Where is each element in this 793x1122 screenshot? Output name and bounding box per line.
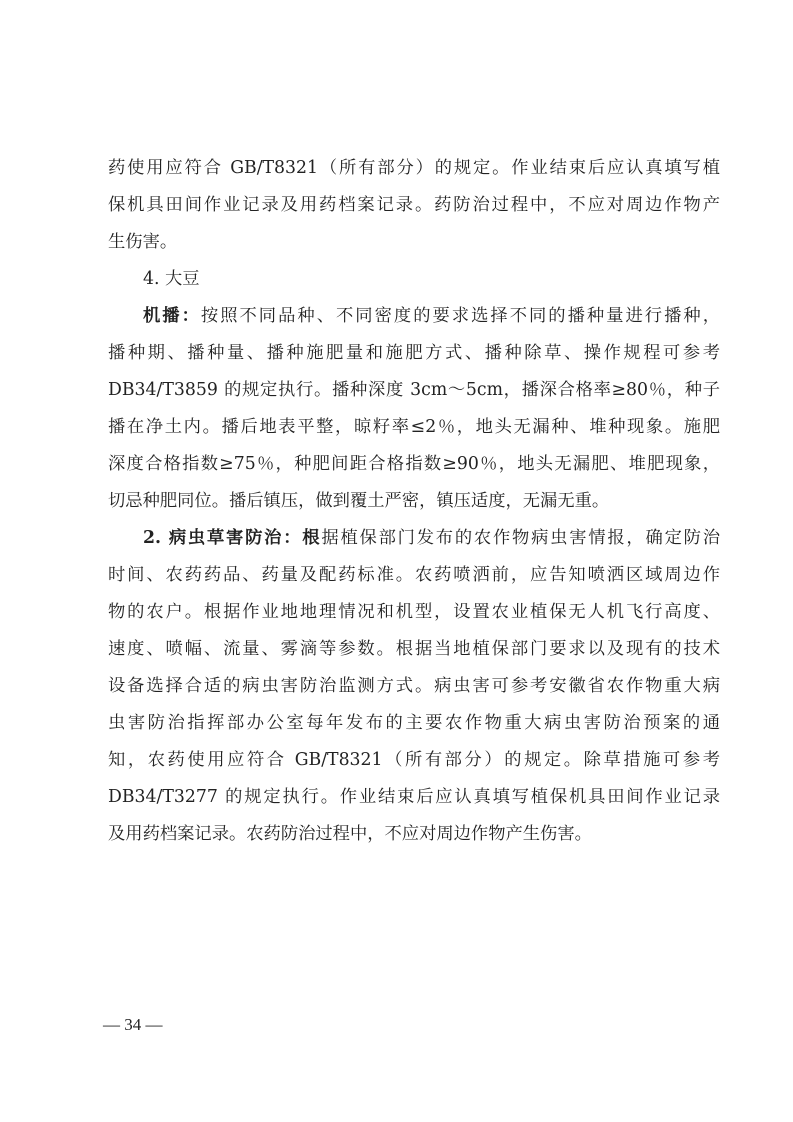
paragraph-line: 播在净土内。播后地表平整，晾籽率≤2％，地头无漏种、堆种现象。施肥: [108, 412, 720, 442]
bold-lead-mechanical-sowing: 机播：: [143, 306, 201, 326]
bold-lead-pest-control: 2. 病虫草害防治：根: [143, 528, 321, 548]
paragraph-line: 设备选择合适的病虫害防治监测方式。病虫害可参考安徽省农作物重大病: [108, 671, 720, 701]
paragraph-line: 物的农户。根据作业地地理情况和机型，设置农业植保无人机飞行高度、: [108, 597, 720, 627]
paragraph-line: 保机具田间作业记录及用药档案记录。药防治过程中，不应对周边作物产: [108, 190, 720, 220]
paragraph-line: 及用药档案记录。农药防治过程中，不应对周边作物产生伤害。: [108, 819, 720, 849]
paragraph-line: 速度、喷幅、流量、雾滴等参数。根据当地植保部门要求以及现有的技术: [108, 634, 720, 664]
line-text: 按照不同品种、不同密度的要求选择不同的播种量进行播种，: [201, 306, 720, 326]
paragraph-line: 生伤害。: [108, 227, 720, 257]
document-page: 药使用应符合 GB/T8321（所有部分）的规定。作业结束后应认真填写植 保机具…: [0, 0, 793, 1122]
line-text: 据植保部门发布的农作物病虫害情报，确定防治: [321, 528, 720, 548]
paragraph-line: 知，农药使用应符合 GB/T8321（所有部分）的规定。除草措施可参考: [108, 745, 720, 775]
paragraph-line: DB34/T3859 的规定执行。播种深度 3cm～5cm，播深合格率≥80％，…: [108, 375, 720, 405]
section-heading-soybean: 4. 大豆: [143, 264, 720, 294]
paragraph-line: 机播：按照不同品种、不同密度的要求选择不同的播种量进行播种，: [143, 301, 720, 331]
paragraph-line: 2. 病虫草害防治：根据植保部门发布的农作物病虫害情报，确定防治: [143, 523, 720, 553]
paragraph-line: 虫害防治指挥部办公室每年发布的主要农作物重大病虫害防治预案的通: [108, 708, 720, 738]
paragraph-line: 深度合格指数≥75％，种肥间距合格指数≥90％，地头无漏肥、堆肥现象，: [108, 449, 720, 479]
paragraph-line: 播种期、播种量、播种施肥量和施肥方式、播种除草、操作规程可参考: [108, 338, 720, 368]
paragraph-line: 时间、农药药品、药量及配药标准。农药喷洒前，应告知喷洒区域周边作: [108, 560, 720, 590]
paragraph-line: 药使用应符合 GB/T8321（所有部分）的规定。作业结束后应认真填写植: [108, 153, 720, 183]
paragraph-line: DB34/T3277 的规定执行。作业结束后应认真填写植保机具田间作业记录: [108, 782, 720, 812]
paragraph-line: 切忌种肥同位。播后镇压，做到覆土严密，镇压适度，无漏无重。: [108, 486, 720, 516]
page-number: — 34 —: [103, 1013, 163, 1037]
